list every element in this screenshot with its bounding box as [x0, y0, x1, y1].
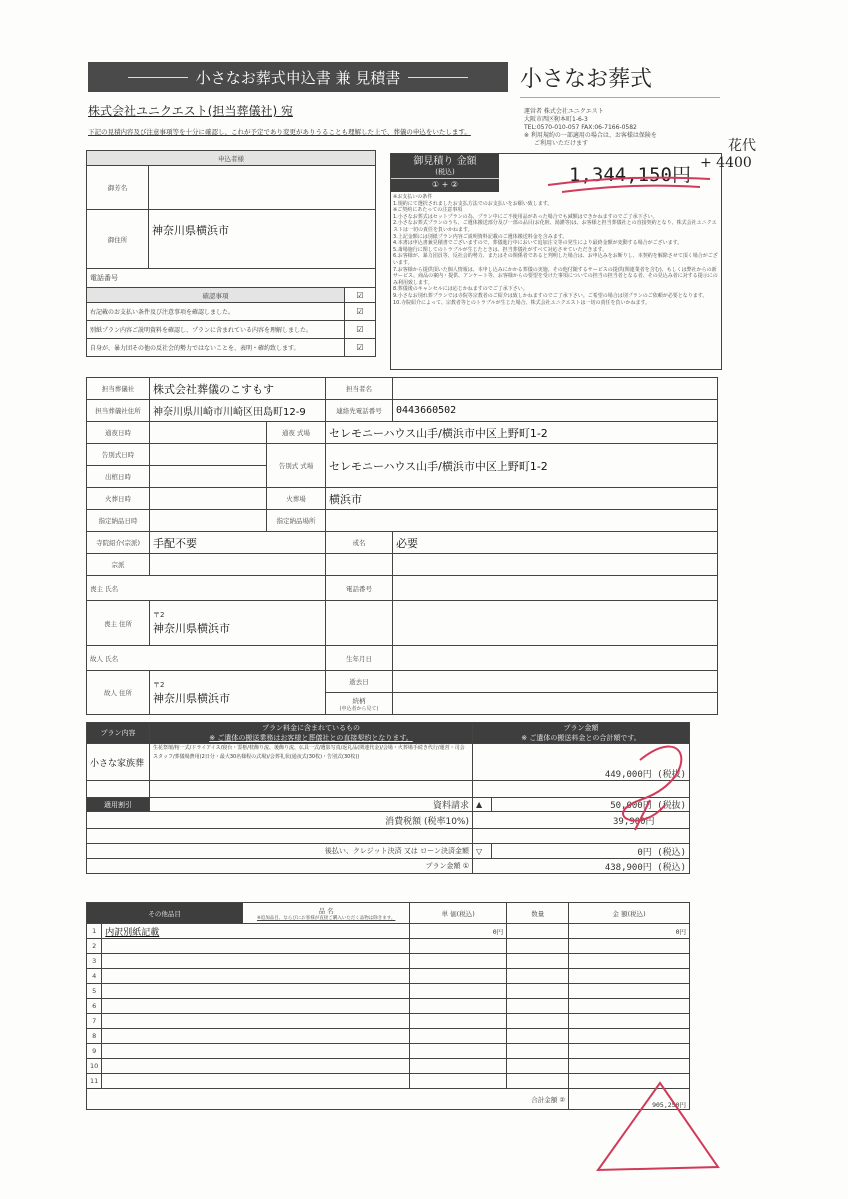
pen-annotations: [0, 0, 848, 1199]
